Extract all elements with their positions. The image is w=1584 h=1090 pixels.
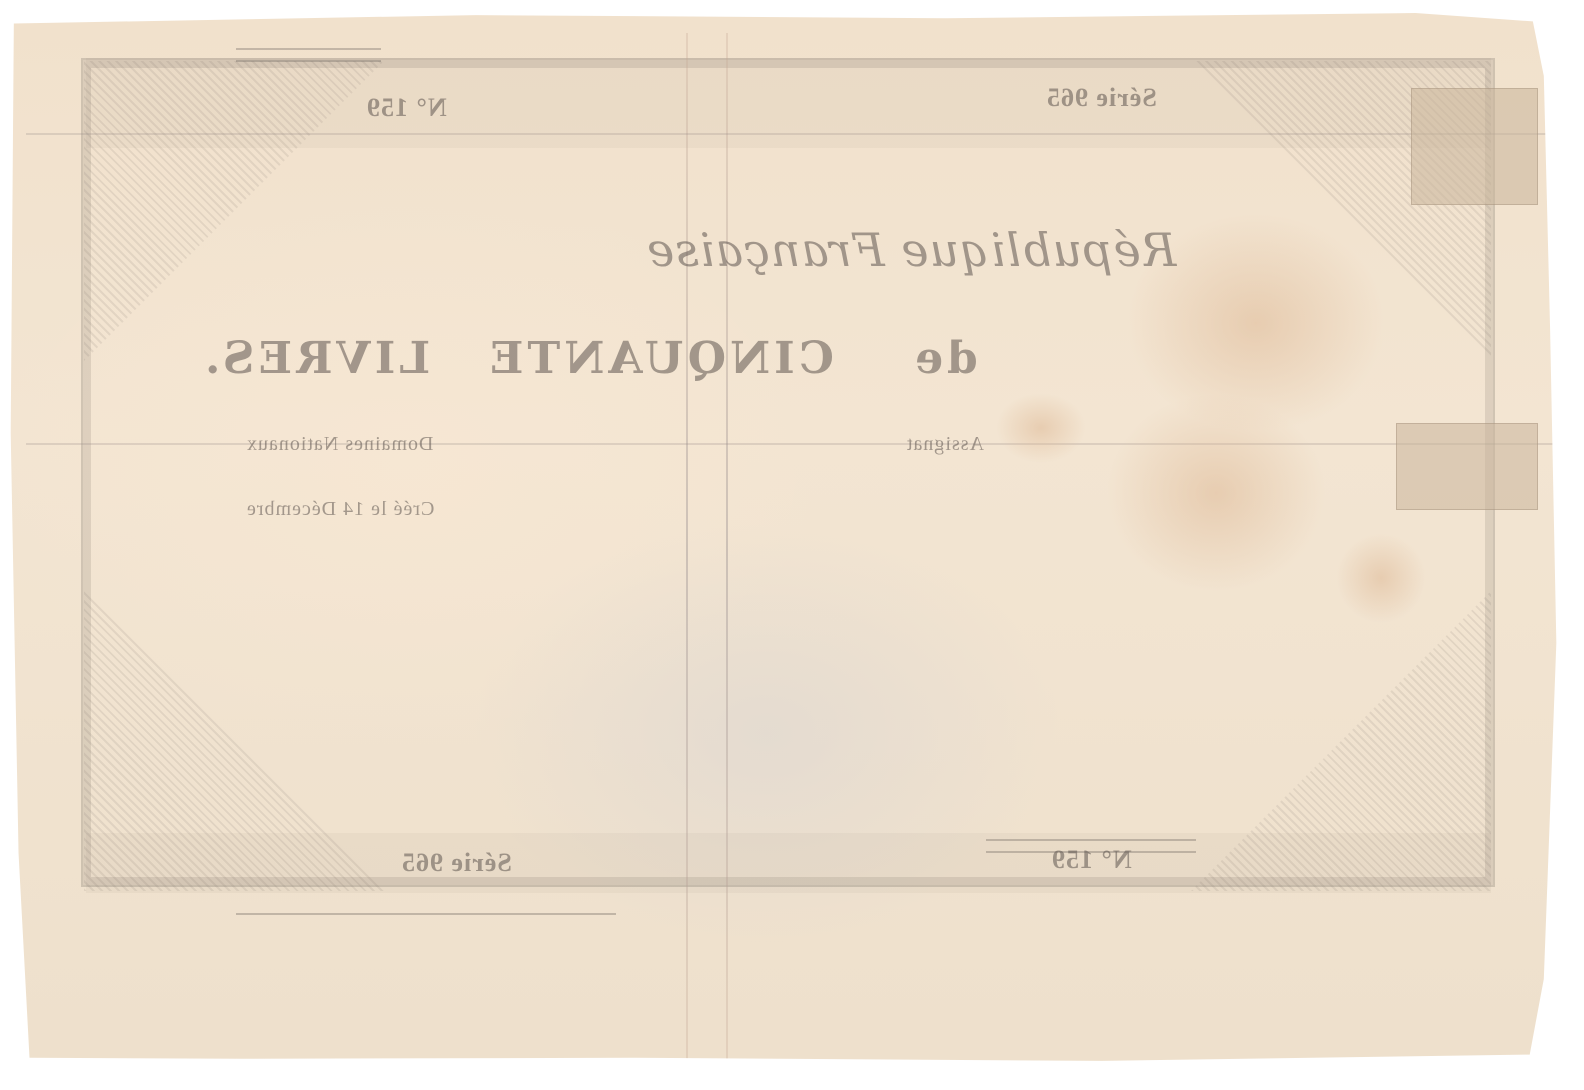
banknote-reverse: N° 159 Série 965 République Française LI… (6, 13, 1572, 1063)
vertical-fold (726, 33, 728, 1063)
box-rule (236, 913, 616, 915)
box-rule (236, 48, 381, 50)
repair-tape (1396, 423, 1538, 510)
bottom-series-text: Série 965 (401, 848, 512, 878)
denomination-center-text: CINQUANTE (486, 333, 834, 384)
vertical-fold (686, 33, 688, 1063)
box-rule (986, 839, 1196, 841)
top-series-text: Série 965 (1046, 83, 1157, 113)
denomination-left-text: LIVRES. (201, 333, 430, 384)
horizontal-fold (26, 133, 1556, 135)
top-number-text: N° 159 (366, 93, 447, 123)
repair-tape (1411, 88, 1538, 205)
title-script-text: République Française (646, 223, 1176, 277)
bottom-number-text: N° 159 (1051, 845, 1132, 875)
box-rule (236, 60, 381, 62)
lower-text: Créé le 14 Décembre (246, 498, 434, 521)
middle-left-text: Domaines Nationaux (246, 433, 433, 456)
denomination-prefix-text: de (911, 333, 978, 384)
water-stain (1336, 533, 1426, 623)
water-stain (996, 393, 1086, 463)
middle-right-text: Assignat (906, 433, 984, 456)
water-stain (1106, 393, 1326, 593)
